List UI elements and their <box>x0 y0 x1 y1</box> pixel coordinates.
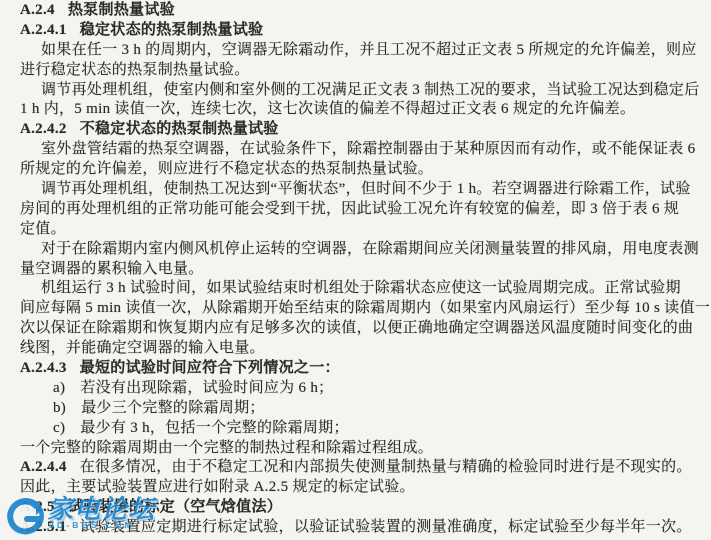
line-text: 最少三个完整的除霜周期； <box>81 400 265 416</box>
section-heading-line: A.2.5试验装置的标定（空气焓值法） <box>20 498 695 518</box>
text-line: 室外盘管结霜的热泵空调器，在试验条件下，除霜控制器由于某种原因而有动作，或不能保… <box>20 140 695 160</box>
clause-line: A.2.5.1试验装置应定期进行标定试验，以验证试验装置的测量准确度，标定试验至… <box>20 518 695 538</box>
line-text: 试验装置的标定（空气焓值法） <box>68 499 282 515</box>
line-text: 所规定的允许偏差，则应进行不稳定状态的热泵制热量试验。 <box>20 161 433 177</box>
line-text: 如果在任一 3 h 的周期内，空调器无除霜动作，并且工况不超过正文表 5 所规定… <box>41 42 697 58</box>
text-line: 线图，并能确定空调器的输入电量。 <box>20 339 695 359</box>
line-text: 在很多情况，由于不稳定工况和内部损失使测量制热量与精确的检验同时进行是不现实的。 <box>80 459 692 475</box>
line-text: 调节再处理机组，使室内侧和室外侧的工况满足正文表 3 制热工况的要求，当试验工况… <box>41 82 700 98</box>
clause-number: A.2.5.1 <box>20 518 67 538</box>
line-text: 不稳定状态的热泵制热量试验 <box>80 121 279 137</box>
text-line: 量空调器的累积输入电量。 <box>20 260 695 280</box>
line-text: 量空调器的累积输入电量。 <box>20 261 204 277</box>
line-text: 线图，并能确定空调器的输入电量。 <box>20 340 265 356</box>
line-text: 进行稳定状态的热泵制热量试验。 <box>20 62 250 78</box>
line-text: 机组运行 3 h 试验时间，如果试验结束时机组处于除霜状态应使这一试验周期完成。… <box>41 280 681 296</box>
clause-line: A.2.4.4在很多情况，由于不稳定工况和内部损失使测量制热量与精确的检验同时进… <box>20 458 695 478</box>
text-line: 一个完整的除霜周期由一个完整的制热过程和除霜过程组成。 <box>20 439 695 459</box>
text-line: 如果在任一 3 h 的周期内，空调器无除霜动作，并且工况不超过正文表 5 所规定… <box>20 41 695 61</box>
line-text: 因此，主要试验装置应进行如附录 A.2.5 规定的标定试验。 <box>20 479 415 495</box>
text-line: 定值。 <box>20 220 695 240</box>
text-line: 间应每隔 5 min 读值一次，从除霜期开始至结束的除霜周期内（如果室内风扇运行… <box>20 299 695 319</box>
clause-number: A.2.4 <box>20 1 55 21</box>
line-text: 间应每隔 5 min 读值一次，从除霜期开始至结束的除霜周期内（如果室内风扇运行… <box>20 300 710 316</box>
line-text: 稳定状态的热泵制热量试验 <box>80 22 264 38</box>
text-line: 所规定的允许偏差，则应进行不稳定状态的热泵制热量试验。 <box>20 160 695 180</box>
clause-number: A.2.4.4 <box>20 458 67 478</box>
section-heading-line: A.2.4.1稳定状态的热泵制热量试验 <box>20 21 695 41</box>
line-text: 若没有出现除霜，试验时间应为 6 h； <box>80 380 333 396</box>
clause-number: a) <box>53 379 65 399</box>
clause-number: A.2.5 <box>20 498 55 518</box>
text-line: 次以保证在除霜期和恢复期内应有足够多次的读值，以便正确地确定空调器送风温度随时间… <box>20 319 695 339</box>
list-item-line: b)最少三个完整的除霜周期； <box>20 399 695 419</box>
text-line: 房间的再处理机组的正常功能可能会受到干扰，因此试验工况允许有较宽的偏差，即 3 … <box>20 200 695 220</box>
clause-number: c) <box>53 419 65 439</box>
text-line: 对于在除霜期内室内侧风机停止运转的空调器，在除霜期间应关闭测量装置的排风扇，用电… <box>20 240 695 260</box>
clause-number: b) <box>53 399 66 419</box>
section-heading-line: A.2.4.2不稳定状态的热泵制热量试验 <box>20 120 695 140</box>
section-heading-line: A.2.4热泵制热量试验 <box>20 1 695 21</box>
line-text: 热泵制热量试验 <box>68 2 175 18</box>
line-text: 1 h 内，5 min 读值一次，连续七次，这七次读值的偏差不得超过正文表 6 … <box>20 101 635 117</box>
list-item-line: a)若没有出现除霜，试验时间应为 6 h； <box>20 379 695 399</box>
line-text: 调节再处理机组，使制热工况达到“平衡状态”，但时间不少于 1 h。若空调器进行除… <box>41 181 691 197</box>
clause-number: A.2.4.1 <box>20 21 67 41</box>
clause-number: A.2.4.2 <box>20 120 67 140</box>
line-text: 次以保证在除霜期和恢复期内应有足够多次的读值，以便正确地确定空调器送风温度随时间… <box>20 320 693 336</box>
scanned-document-page: A.2.4热泵制热量试验A.2.4.1稳定状态的热泵制热量试验如果在任一 3 h… <box>0 0 711 540</box>
line-text: 最少有 3 h，包括一个完整的除霜周期； <box>80 420 349 436</box>
text-line: 调节再处理机组，使制热工况达到“平衡状态”，但时间不少于 1 h。若空调器进行除… <box>20 180 695 200</box>
section-heading-line: A.2.4.3最短的试验时间应符合下列情况之一： <box>20 359 695 379</box>
text-line: 调节再处理机组，使室内侧和室外侧的工况满足正文表 3 制热工况的要求，当试验工况… <box>20 81 695 101</box>
line-text: 对于在除霜期内室内侧风机停止运转的空调器，在除霜期间应关闭测量装置的排风扇，用电… <box>41 241 699 257</box>
text-line: 因此，主要试验装置应进行如附录 A.2.5 规定的标定试验。 <box>20 478 695 498</box>
text-line: 1 h 内，5 min 读值一次，连续七次，这七次读值的偏差不得超过正文表 6 … <box>20 100 695 120</box>
text-line: 机组运行 3 h 试验时间，如果试验结束时机组处于除霜状态应使这一试验周期完成。… <box>20 279 695 299</box>
line-text: 室外盘管结霜的热泵空调器，在试验条件下，除霜控制器由于某种原因而有动作，或不能保… <box>41 141 695 157</box>
list-item-line: c)最少有 3 h，包括一个完整的除霜周期； <box>20 419 695 439</box>
line-text: 一个完整的除霜周期由一个完整的制热过程和除霜过程组成。 <box>20 440 433 456</box>
clause-number: A.2.4.3 <box>20 359 67 379</box>
text-line: 进行稳定状态的热泵制热量试验。 <box>20 61 695 81</box>
line-text: 定值。 <box>20 221 66 237</box>
document-text: A.2.4热泵制热量试验A.2.4.1稳定状态的热泵制热量试验如果在任一 3 h… <box>20 1 695 538</box>
line-text: 最短的试验时间应符合下列情况之一： <box>80 360 340 376</box>
line-text: 试验装置应定期进行标定试验，以验证试验装置的测量准确度，标定试验至少每半年一次。 <box>80 519 692 535</box>
line-text: 房间的再处理机组的正常功能可能会受到干扰，因此试验工况允许有较宽的偏差，即 3 … <box>20 201 679 217</box>
